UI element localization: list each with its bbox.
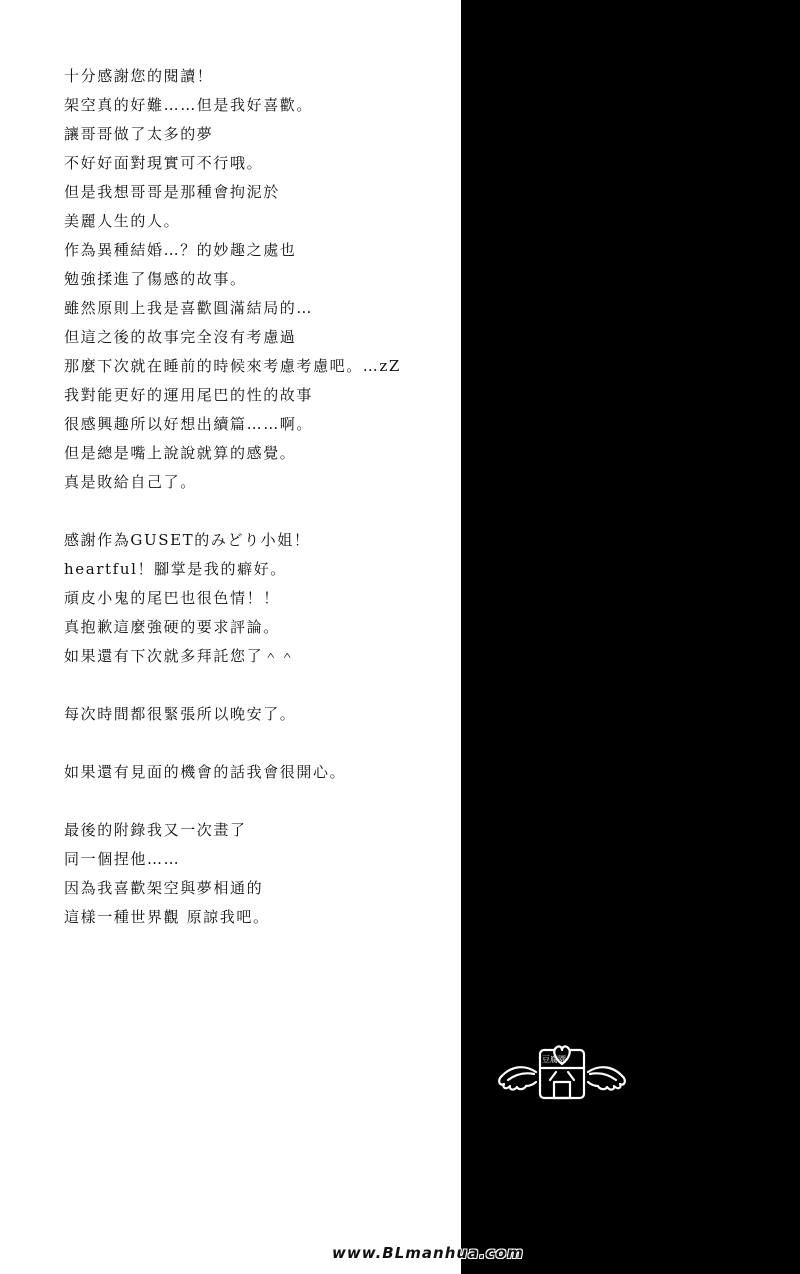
paragraph-gap <box>64 497 454 526</box>
text-line: 但是總是嘴上說說就算的感覺。 <box>64 439 454 468</box>
text-line: 真抱歉這麼強硬的要求評論。 <box>64 613 454 642</box>
text-line: 不好好面對現實可不行哦。 <box>64 149 454 178</box>
winged-house-logo-icon: 豆腐園 <box>494 1042 630 1102</box>
afterword-text: 十分感謝您的閱讀！ 架空真的好難……但是我好喜歡。 讓哥哥做了太多的夢 不好好面… <box>64 62 454 932</box>
text-line: heartful！腳掌是我的癖好。 <box>64 555 454 584</box>
text-line: 很感興趣所以好想出續篇……啊。 <box>64 410 454 439</box>
text-line: 那麼下次就在睡前的時候來考慮考慮吧。…zZ <box>64 352 454 381</box>
text-line: 真是敗給自己了。 <box>64 468 454 497</box>
text-line: 最後的附錄我又一次畫了 <box>64 816 454 845</box>
text-line: 但這之後的故事完全沒有考慮過 <box>64 323 454 352</box>
text-line: 但是我想哥哥是那種會拘泥於 <box>64 178 454 207</box>
text-line: 架空真的好難……但是我好喜歡。 <box>64 91 454 120</box>
text-line: 我對能更好的運用尾巴的性的故事 <box>64 381 454 410</box>
svg-text:豆腐園: 豆腐園 <box>542 1054 566 1064</box>
text-line: 如果還有見面的機會的話我會很開心。 <box>64 758 454 787</box>
text-line: 作為異種結婚…？的妙趣之處也 <box>64 236 454 265</box>
text-line: 每次時間都很緊張所以晚安了。 <box>64 700 454 729</box>
site-watermark: www.BLmanhua.com <box>332 1244 524 1262</box>
text-line: 勉強揉進了傷感的故事。 <box>64 265 454 294</box>
text-line: 因為我喜歡架空與夢相通的 <box>64 874 454 903</box>
paragraph-gap <box>64 729 454 758</box>
text-line: 美麗人生的人。 <box>64 207 454 236</box>
text-line: 雖然原則上我是喜歡圓滿結局的… <box>64 294 454 323</box>
paragraph-gap <box>64 787 454 816</box>
text-line: 同一個捏他…… <box>64 845 454 874</box>
text-line: 頑皮小鬼的尾巴也很色情！！ <box>64 584 454 613</box>
paragraph-gap <box>64 671 454 700</box>
text-line: 十分感謝您的閱讀！ <box>64 62 454 91</box>
text-line: 讓哥哥做了太多的夢 <box>64 120 454 149</box>
text-line: 感謝作為GUSET的みどり小姐！ <box>64 526 454 555</box>
text-line: 這樣一種世界觀 原諒我吧。 <box>64 903 454 932</box>
text-line: 如果還有下次就多拜託您了＾＾ <box>64 642 454 671</box>
